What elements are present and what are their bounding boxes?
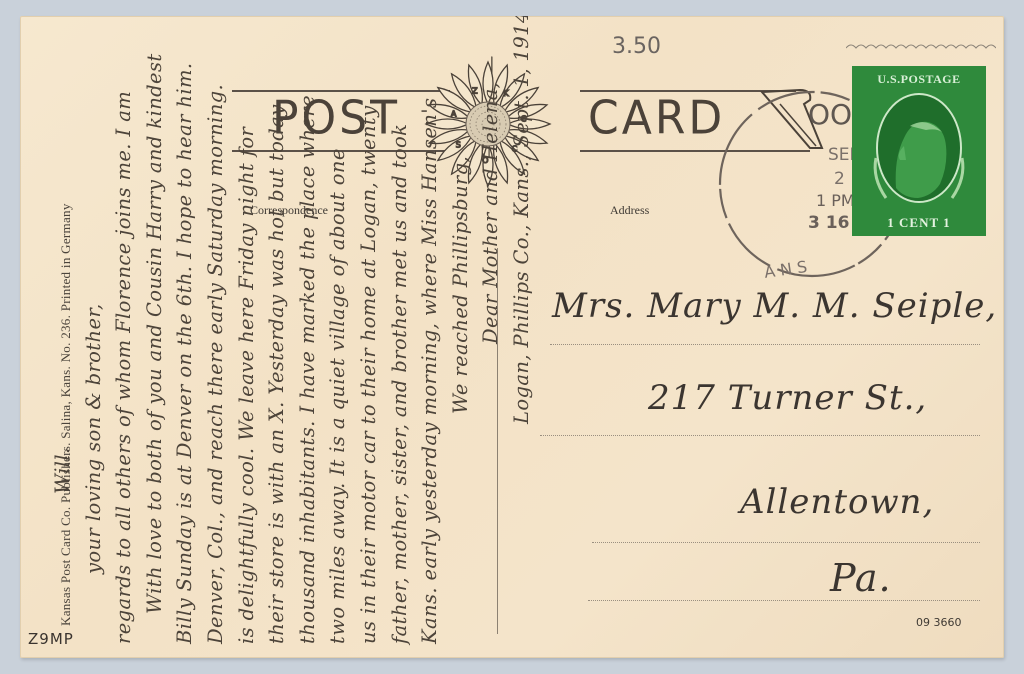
svg-text:1 PM: 1 PM: [816, 191, 855, 210]
message-line: We reached Phillipsburg,: [446, 24, 477, 644]
stamp-top-text: U.S.POSTAGE: [852, 72, 986, 87]
message-line: your loving son & brother,: [79, 24, 110, 644]
message-line: is delightfully cool. We leave here Frid…: [232, 24, 263, 644]
svg-text:3 16: 3 16: [808, 213, 849, 233]
george-washington-portrait-icon: [866, 88, 972, 210]
address-line-2: [540, 435, 980, 436]
message-line: us in their motor car to their home at L…: [354, 24, 385, 644]
address-line-1: [550, 344, 980, 345]
message-line: regards to all others of whom Florence j…: [109, 24, 140, 644]
message-line: father, mother, sister, and brother met …: [385, 24, 416, 644]
address-label: Address: [610, 203, 649, 218]
stamp-perforation: [846, 42, 996, 50]
message-line: Billy Sunday is at Denver on the 6th. I …: [170, 24, 201, 644]
message-line: two miles away. It is a quiet village of…: [323, 24, 354, 644]
svg-text:A N S: A N S: [763, 257, 808, 282]
message-line: their store is with an X. Yesterday was …: [262, 24, 293, 644]
message-line: Denver, Col., and reach there early Satu…: [201, 24, 232, 644]
recipient-city: Allentown,: [740, 482, 934, 522]
message-line: thousand inhabitants. I have marked the …: [293, 24, 324, 644]
message-line: Dear Mother and Helena, —: [476, 24, 507, 644]
inventory-mark: Z9MP: [28, 630, 74, 648]
recipient-street: 217 Turner St.,: [648, 378, 927, 418]
stamp-bottom-text: 1 CENT 1: [852, 215, 986, 231]
header-card-word: CARD: [588, 92, 725, 146]
svg-text:2: 2: [834, 169, 845, 189]
postcard: 3.50 POST CARD KCCOSAZ Correspondence Ad…: [20, 16, 1004, 658]
message-line: With love to both of you and Cousin Harr…: [140, 24, 171, 644]
message-line: Kans. early yesterday morning, where Mis…: [415, 24, 446, 644]
recipient-name: Mrs. Mary M. M. Seiple,: [552, 286, 997, 326]
address-line-3: [592, 542, 980, 543]
pencil-price: 3.50: [612, 34, 661, 59]
svg-text:OO: OO: [808, 98, 852, 131]
message-line: Will.: [48, 24, 79, 644]
message-line: Logan, Phillips Co., Kans., Sept. 1, 191…: [507, 24, 538, 644]
handwritten-message: Will.your loving son & brother,regards t…: [48, 24, 538, 644]
address-line-4: [588, 600, 980, 601]
recipient-state: Pa.: [830, 556, 892, 600]
postage-stamp: U.S.POSTAGE 1 CENT 1: [852, 66, 986, 236]
catalog-number: 09 3660: [916, 616, 962, 629]
